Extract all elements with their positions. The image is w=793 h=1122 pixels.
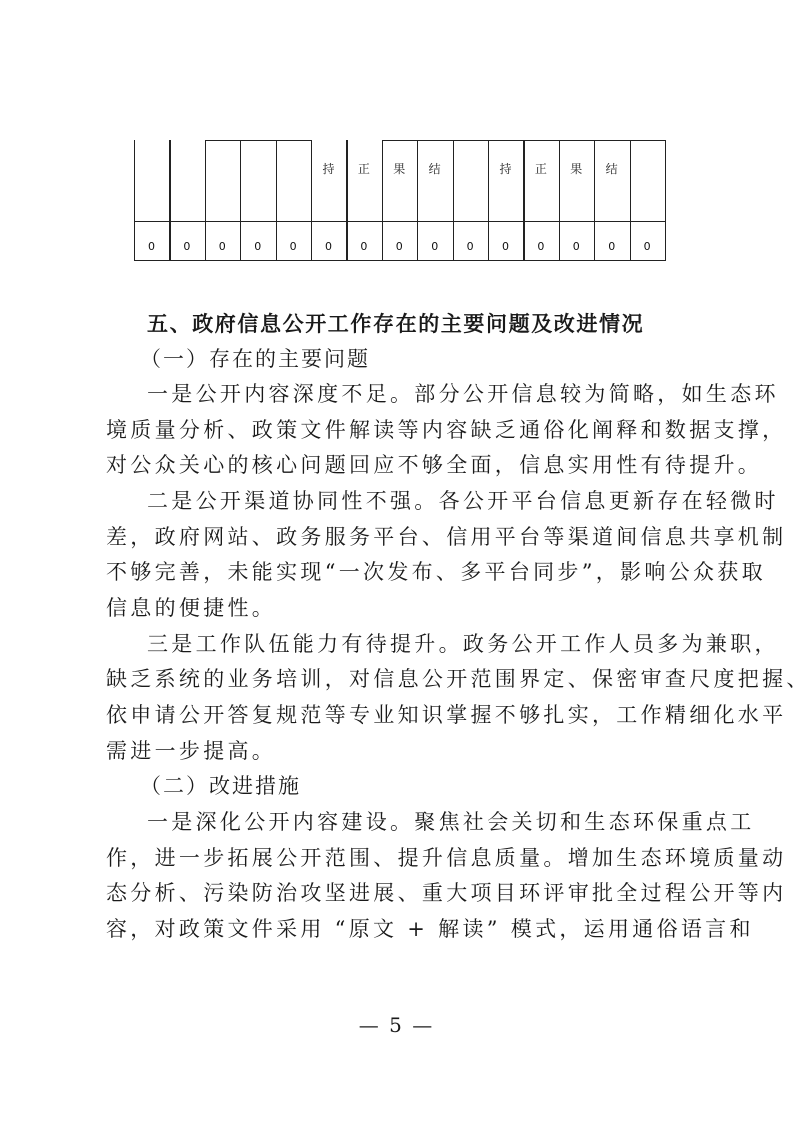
table-cell-value: 0: [630, 240, 665, 253]
table-header-char: 持: [488, 160, 523, 177]
paragraph-line: 缺乏系统的业务培训，对信息公开范围界定、保密审查尺度把握、: [106, 666, 698, 692]
paragraph-line: 差，政府网站、政务服务平台、信用平台等渠道间信息共享机制: [106, 524, 698, 550]
table-cell-value: 0: [169, 240, 204, 253]
table-header-char: 果: [382, 160, 417, 177]
paragraph-line: 信息的便捷性。: [106, 595, 698, 621]
table-cell-value: 0: [453, 240, 488, 253]
paragraph-line: 作，进一步拓展公开范围、提升信息质量。增加生态环境质量动: [106, 845, 698, 871]
table-top-border: [382, 140, 418, 141]
document-page: 持正果结持正果结000000000000000 五、政府信息公开工作存在的主要问…: [0, 0, 793, 1122]
section-heading: 五、政府信息公开工作存在的主要问题及改进情况: [147, 311, 739, 337]
paragraph-line: 需进一步提高。: [106, 738, 698, 764]
table-top-border: [453, 140, 489, 141]
table-cell-value: 0: [346, 240, 381, 253]
table-row-border: [134, 221, 666, 222]
paragraph-line: 境质量分析、政策文件解读等内容缺乏通俗化阐释和数据支撑，: [106, 417, 698, 443]
table-top-border: [594, 140, 630, 141]
table-top-border: [630, 140, 666, 141]
paragraph-line: 三是工作队伍能力有待提升。政务公开工作人员多为兼职，: [147, 631, 698, 657]
table-header-char: 结: [594, 160, 629, 177]
statistics-table-fragment: 持正果结持正果结000000000000000: [134, 140, 665, 260]
table-cell-value: 0: [205, 240, 240, 253]
table-cell-value: 0: [594, 240, 629, 253]
table-header-char: 正: [346, 160, 381, 177]
subsection-heading-measures: （二）改进措施: [140, 773, 732, 799]
subsection-heading-problems: （一）存在的主要问题: [140, 346, 732, 372]
paragraph-line: 一是深化公开内容建设。聚焦社会关切和生态环保重点工: [147, 809, 698, 835]
table-cell-value: 0: [134, 240, 169, 253]
table-top-border: [488, 140, 524, 141]
table-header-char: 正: [523, 160, 558, 177]
table-cell-value: 0: [488, 240, 523, 253]
paragraph-line: 不够完善，未能实现“一次发布、多平台同步”，影响公众获取: [106, 559, 698, 585]
paragraph-line: 一是公开内容深度不足。部分公开信息较为简略，如生态环: [147, 381, 698, 407]
table-top-border: [417, 140, 453, 141]
paragraph-line: 依申请公开答复规范等专业知识掌握不够扎实，工作精细化水平: [106, 702, 698, 728]
paragraph-line: 态分析、污染防治攻坚进展、重大项目环评审批全过程公开等内: [106, 880, 698, 906]
table-cell-value: 0: [417, 240, 452, 253]
paragraph-line: 二是公开渠道协同性不强。各公开平台信息更新存在轻微时: [147, 488, 698, 514]
table-top-border: [205, 140, 241, 141]
table-column-border: [665, 140, 666, 260]
table-header-char: 果: [559, 160, 594, 177]
paragraph-line: 对公众关心的核心问题回应不够全面，信息实用性有待提升。: [106, 452, 698, 478]
table-header-char: 持: [311, 160, 346, 177]
table-cell-value: 0: [382, 240, 417, 253]
table-top-border: [523, 140, 559, 141]
table-cell-value: 0: [240, 240, 275, 253]
table-top-border: [559, 140, 595, 141]
table-cell-value: 0: [276, 240, 311, 253]
table-cell-value: 0: [523, 240, 558, 253]
table-header-char: 结: [417, 160, 452, 177]
table-cell-value: 0: [311, 240, 346, 253]
table-row-border: [134, 260, 666, 261]
table-top-border: [240, 140, 276, 141]
table-top-border: [276, 140, 312, 141]
table-cell-value: 0: [559, 240, 594, 253]
paragraph-line: 容，对政策文件采用 “原文 + 解读” 模式，运用通俗语言和: [106, 916, 698, 942]
page-number: — 5 —: [0, 1013, 793, 1037]
